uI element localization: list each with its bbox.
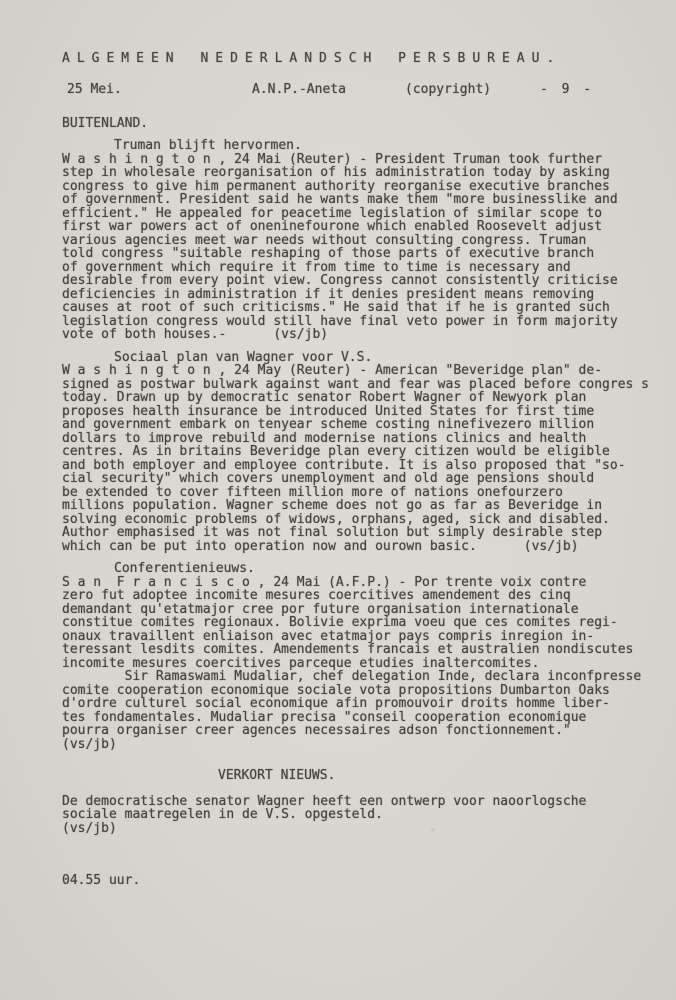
article-conference-news: Conferentienieuws. S a n F r a n c i s c… — [62, 562, 662, 751]
copyright-note: (copyright) — [405, 83, 491, 97]
press-bulletin-page: ALGEMEEN NEDERLANDSCH PERSBUREAU. 25 Mei… — [0, 0, 676, 1000]
dateline-row: 25 Mei. A.N.P.-Aneta (copyright) - 9 - — [62, 83, 662, 97]
article-wagner-plan: Sociaal plan van Wagner voor V.S. W a s … — [62, 351, 662, 554]
article-body: W a s h i n g t o n , 24 Mai (Reuter) - … — [62, 153, 662, 342]
article-body: W a s h i n g t o n , 24 May (Reuter) - … — [62, 364, 662, 553]
masthead-title: ALGEMEEN NEDERLANDSCH PERSBUREAU. — [62, 52, 662, 66]
article-truman: Truman blijft hervormen. W a s h i n g t… — [62, 139, 662, 342]
article-heading: Truman blijft hervormen. — [114, 139, 662, 153]
short-news-heading: VERKORT NIEUWS. — [218, 769, 662, 783]
agency-name: A.N.P.-Aneta — [252, 83, 346, 97]
page-number: - 9 - — [540, 83, 594, 97]
section-heading-buitenland: BUITENLAND. — [62, 117, 662, 131]
page-content: ALGEMEEN NEDERLANDSCH PERSBUREAU. 25 Mei… — [62, 52, 662, 888]
article-heading: Conferentienieuws. — [114, 562, 662, 576]
dateline-date: 25 Mei. — [67, 83, 122, 97]
timestamp: 04.55 uur. — [62, 874, 662, 888]
article-heading: Sociaal plan van Wagner voor V.S. — [114, 351, 662, 365]
article-body: S a n F r a n c i s c o , 24 Mai (A.F.P.… — [62, 576, 662, 752]
short-news-body: De democratische senator Wagner heeft ee… — [62, 795, 662, 836]
